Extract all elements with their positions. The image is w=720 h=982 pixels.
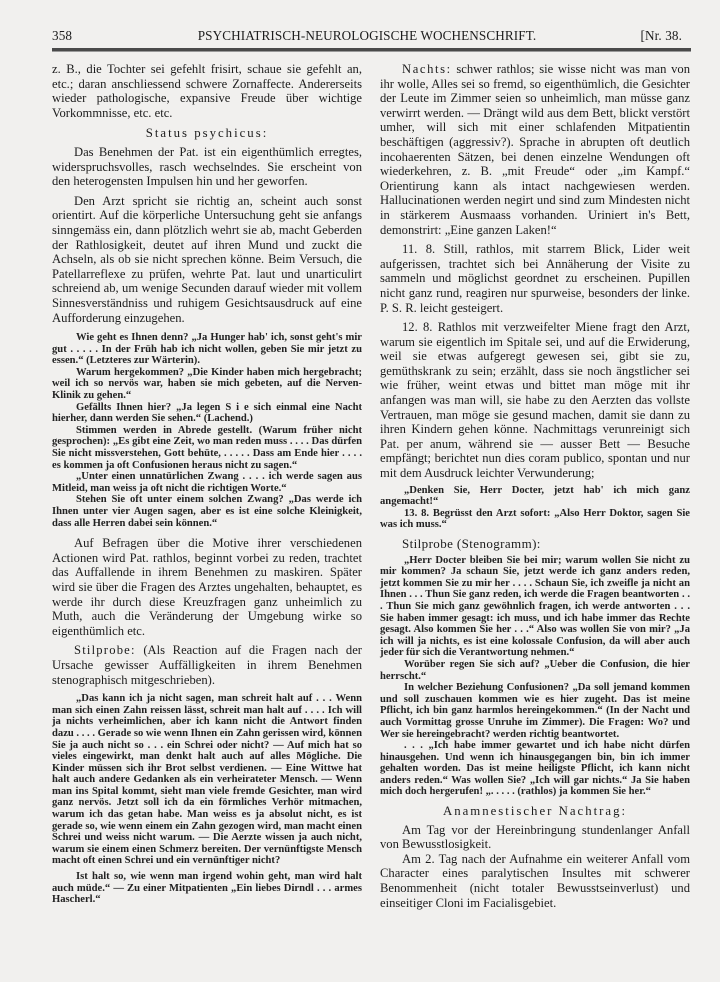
dialogue-paragraph: „Herr Docter bleiben Sie bei mir; warum …: [380, 555, 690, 659]
stilprobe-label: Stilprobe:: [74, 643, 136, 657]
section-heading-stenogramm: Stilprobe (Stenogramm):: [380, 537, 690, 552]
paragraph: z. B., die Tochter sei gefehlt frisirt, …: [52, 62, 362, 120]
paragraph: Am Tag vor der Hereinbringung stundenlan…: [380, 823, 690, 852]
entry-11-8: 11. 8. Still, rathlos, mit starrem Blick…: [380, 242, 690, 315]
paragraph: Das Benehmen der Pat. ist ein eigenthüml…: [52, 145, 362, 189]
nachts-paragraph: Nachts: schwer rathlos; sie wisse nicht …: [380, 62, 690, 237]
dialogue-paragraph: „Denken Sie, Herr Docter, jetzt hab' ich…: [380, 485, 690, 508]
dialogue-paragraph: „Das kann ich ja nicht sagen, man schrei…: [52, 693, 362, 867]
dialogue-paragraph: Wie geht es Ihnen denn? „Ja Hunger hab' …: [52, 332, 362, 367]
dialogue-paragraph: Gefällts Ihnen hier? „Ja legen S i e sic…: [52, 402, 362, 425]
issue-number: [Nr. 38.: [641, 28, 682, 44]
journal-title: PSYCHIATRISCH-NEUROLOGISCHE WOCHENSCHRIF…: [52, 28, 682, 44]
nachts-text: schwer rathlos; sie wisse nicht was man …: [380, 62, 690, 237]
entry-12-8: 12. 8. Rathlos mit verzweifelter Miene f…: [380, 320, 690, 481]
paragraph: Am 2. Tag nach der Aufnahme ein weiterer…: [380, 852, 690, 910]
section-heading-status-psychicus: Status psychicus:: [52, 126, 362, 141]
dialogue-paragraph: In welcher Beziehung Confusionen? „Da so…: [380, 682, 690, 740]
paragraph: Auf Befragen über die Motive ihrer versc…: [52, 536, 362, 638]
running-header: 358 PSYCHIATRISCH-NEUROLOGISCHE WOCHENSC…: [52, 28, 682, 46]
dialogue-paragraph: Stimmen werden in Abrede gestellt. (Waru…: [52, 425, 362, 471]
entry-13-8: 13. 8. Begrüsst den Arzt sofort: „Also H…: [380, 508, 690, 531]
header-rule: [52, 48, 691, 52]
left-column: z. B., die Tochter sei gefehlt frisirt, …: [52, 62, 362, 906]
dialogue-paragraph: „Unter einen unnatürlichen Zwang . . . .…: [52, 471, 362, 494]
journal-page: 358 PSYCHIATRISCH-NEUROLOGISCHE WOCHENSC…: [0, 0, 720, 982]
dialogue-paragraph: Stehen Sie oft unter einem solchen Zwang…: [52, 494, 362, 529]
dialogue-paragraph: Ist halt so, wie wenn man irgend wohin g…: [52, 871, 362, 906]
right-column: Nachts: schwer rathlos; sie wisse nicht …: [380, 62, 690, 910]
section-heading-nachtrag: Anamnestischer Nachtrag:: [380, 804, 690, 819]
dialogue-paragraph: Warum hergekommen? „Die Kinder haben mic…: [52, 367, 362, 402]
dialogue-paragraph: Worüber regen Sie sich auf? „Ueber die C…: [380, 659, 690, 682]
paragraph: Den Arzt spricht sie richtig an, scheint…: [52, 194, 362, 325]
stilprobe-paragraph: Stilprobe: (Als Reaction auf die Fragen …: [52, 643, 362, 687]
dialogue-paragraph: . . . „Ich habe immer gewartet und ich h…: [380, 740, 690, 798]
nachts-label: Nachts:: [402, 62, 452, 76]
